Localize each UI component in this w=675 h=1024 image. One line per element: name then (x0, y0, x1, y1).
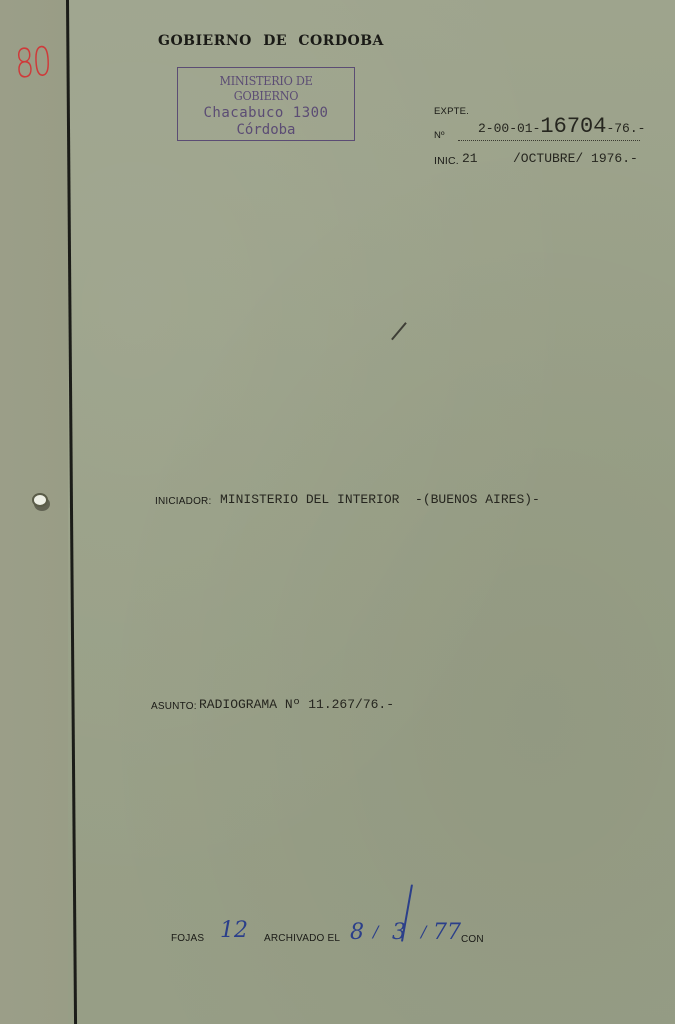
header-title: GOBIERNO DE CORDOBA (158, 33, 384, 49)
expte-label: EXPTE. (434, 106, 469, 117)
iniciador-label: INICIADOR: (155, 496, 211, 507)
inicio-day: 21 (462, 151, 478, 166)
punch-hole (34, 495, 46, 505)
archivado-day: 8 (350, 920, 364, 945)
fojas-value: 12 (220, 918, 248, 943)
con-label: CON (461, 934, 484, 945)
ministry-stamp: MINISTERIO DE GOBIERNO Chacabuco 1300 Có… (177, 67, 355, 141)
asunto-label: ASUNTO: (151, 701, 197, 712)
expediente-suffix: -76.- (606, 121, 645, 136)
expediente-prefix: 2-00-01- (478, 121, 540, 136)
stamp-line-2: Chacabuco 1300 (178, 105, 354, 121)
inicio-label: INIC. (434, 155, 459, 167)
expediente-number: 2-00-01-16704-76.- (478, 114, 645, 139)
asunto-value: RADIOGRAMA Nº 11.267/76.- (199, 697, 394, 712)
expediente-dotted-line (458, 140, 640, 141)
archivado-sep-2: / (421, 922, 426, 941)
folder-margin (0, 0, 68, 1024)
folio-number: 80 (14, 39, 52, 88)
archivado-sep-1: / (373, 922, 378, 941)
stamp-line-3: Córdoba (178, 122, 354, 138)
archivado-year: 77 (433, 920, 461, 945)
stamp-line-1: MINISTERIO DE GOBIERNO (187, 73, 345, 103)
fojas-label: FOJAS (171, 933, 204, 944)
inicio-month-year: /OCTUBRE/ 1976.- (513, 151, 638, 166)
archivado-label: ARCHIVADO EL (264, 933, 340, 944)
expediente-main: 16704 (540, 114, 606, 139)
expte-no-label: Nº (434, 130, 445, 141)
iniciador-value: MINISTERIO DEL INTERIOR -(BUENOS AIRES)- (220, 492, 540, 507)
